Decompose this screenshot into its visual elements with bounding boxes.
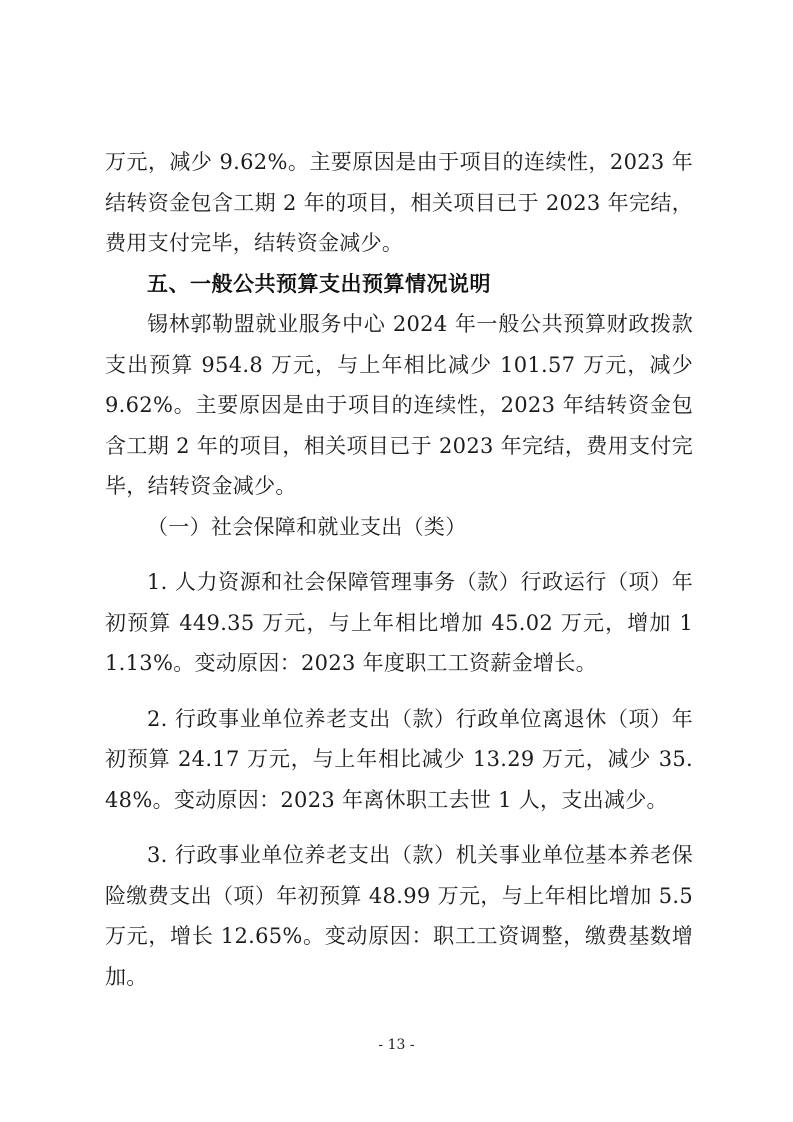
- budget-item-paragraph: 1. 人力资源和社会保障管理事务（款）行政运行（项）年初预算 449.35 万元…: [105, 562, 693, 684]
- intro-paragraph: 锡林郭勒盟就业服务中心 2024 年一般公共预算财政拨款支出预算 954.8 万…: [105, 304, 693, 507]
- continuation-paragraph: 万元，减少 9.62%。主要原因是由于项目的连续性，2023 年结转资金包含工期…: [105, 142, 693, 264]
- document-content: 万元，减少 9.62%。主要原因是由于项目的连续性，2023 年结转资金包含工期…: [0, 0, 793, 997]
- document-page: 万元，减少 9.62%。主要原因是由于项目的连续性，2023 年结转资金包含工期…: [0, 0, 793, 1122]
- subsection-heading: （一）社会保障和就业支出（类）: [105, 507, 693, 548]
- budget-item-paragraph: 2. 行政事业单位养老支出（款）行政单位离退休（项）年初预算 24.17 万元，…: [105, 699, 693, 821]
- budget-item-paragraph: 3. 行政事业单位养老支出（款）机关事业单位基本养老保险缴费支出（项）年初预算 …: [105, 835, 693, 997]
- page-number: - 13 -: [0, 1036, 793, 1054]
- section-heading: 五、一般公共预算支出预算情况说明: [105, 264, 693, 305]
